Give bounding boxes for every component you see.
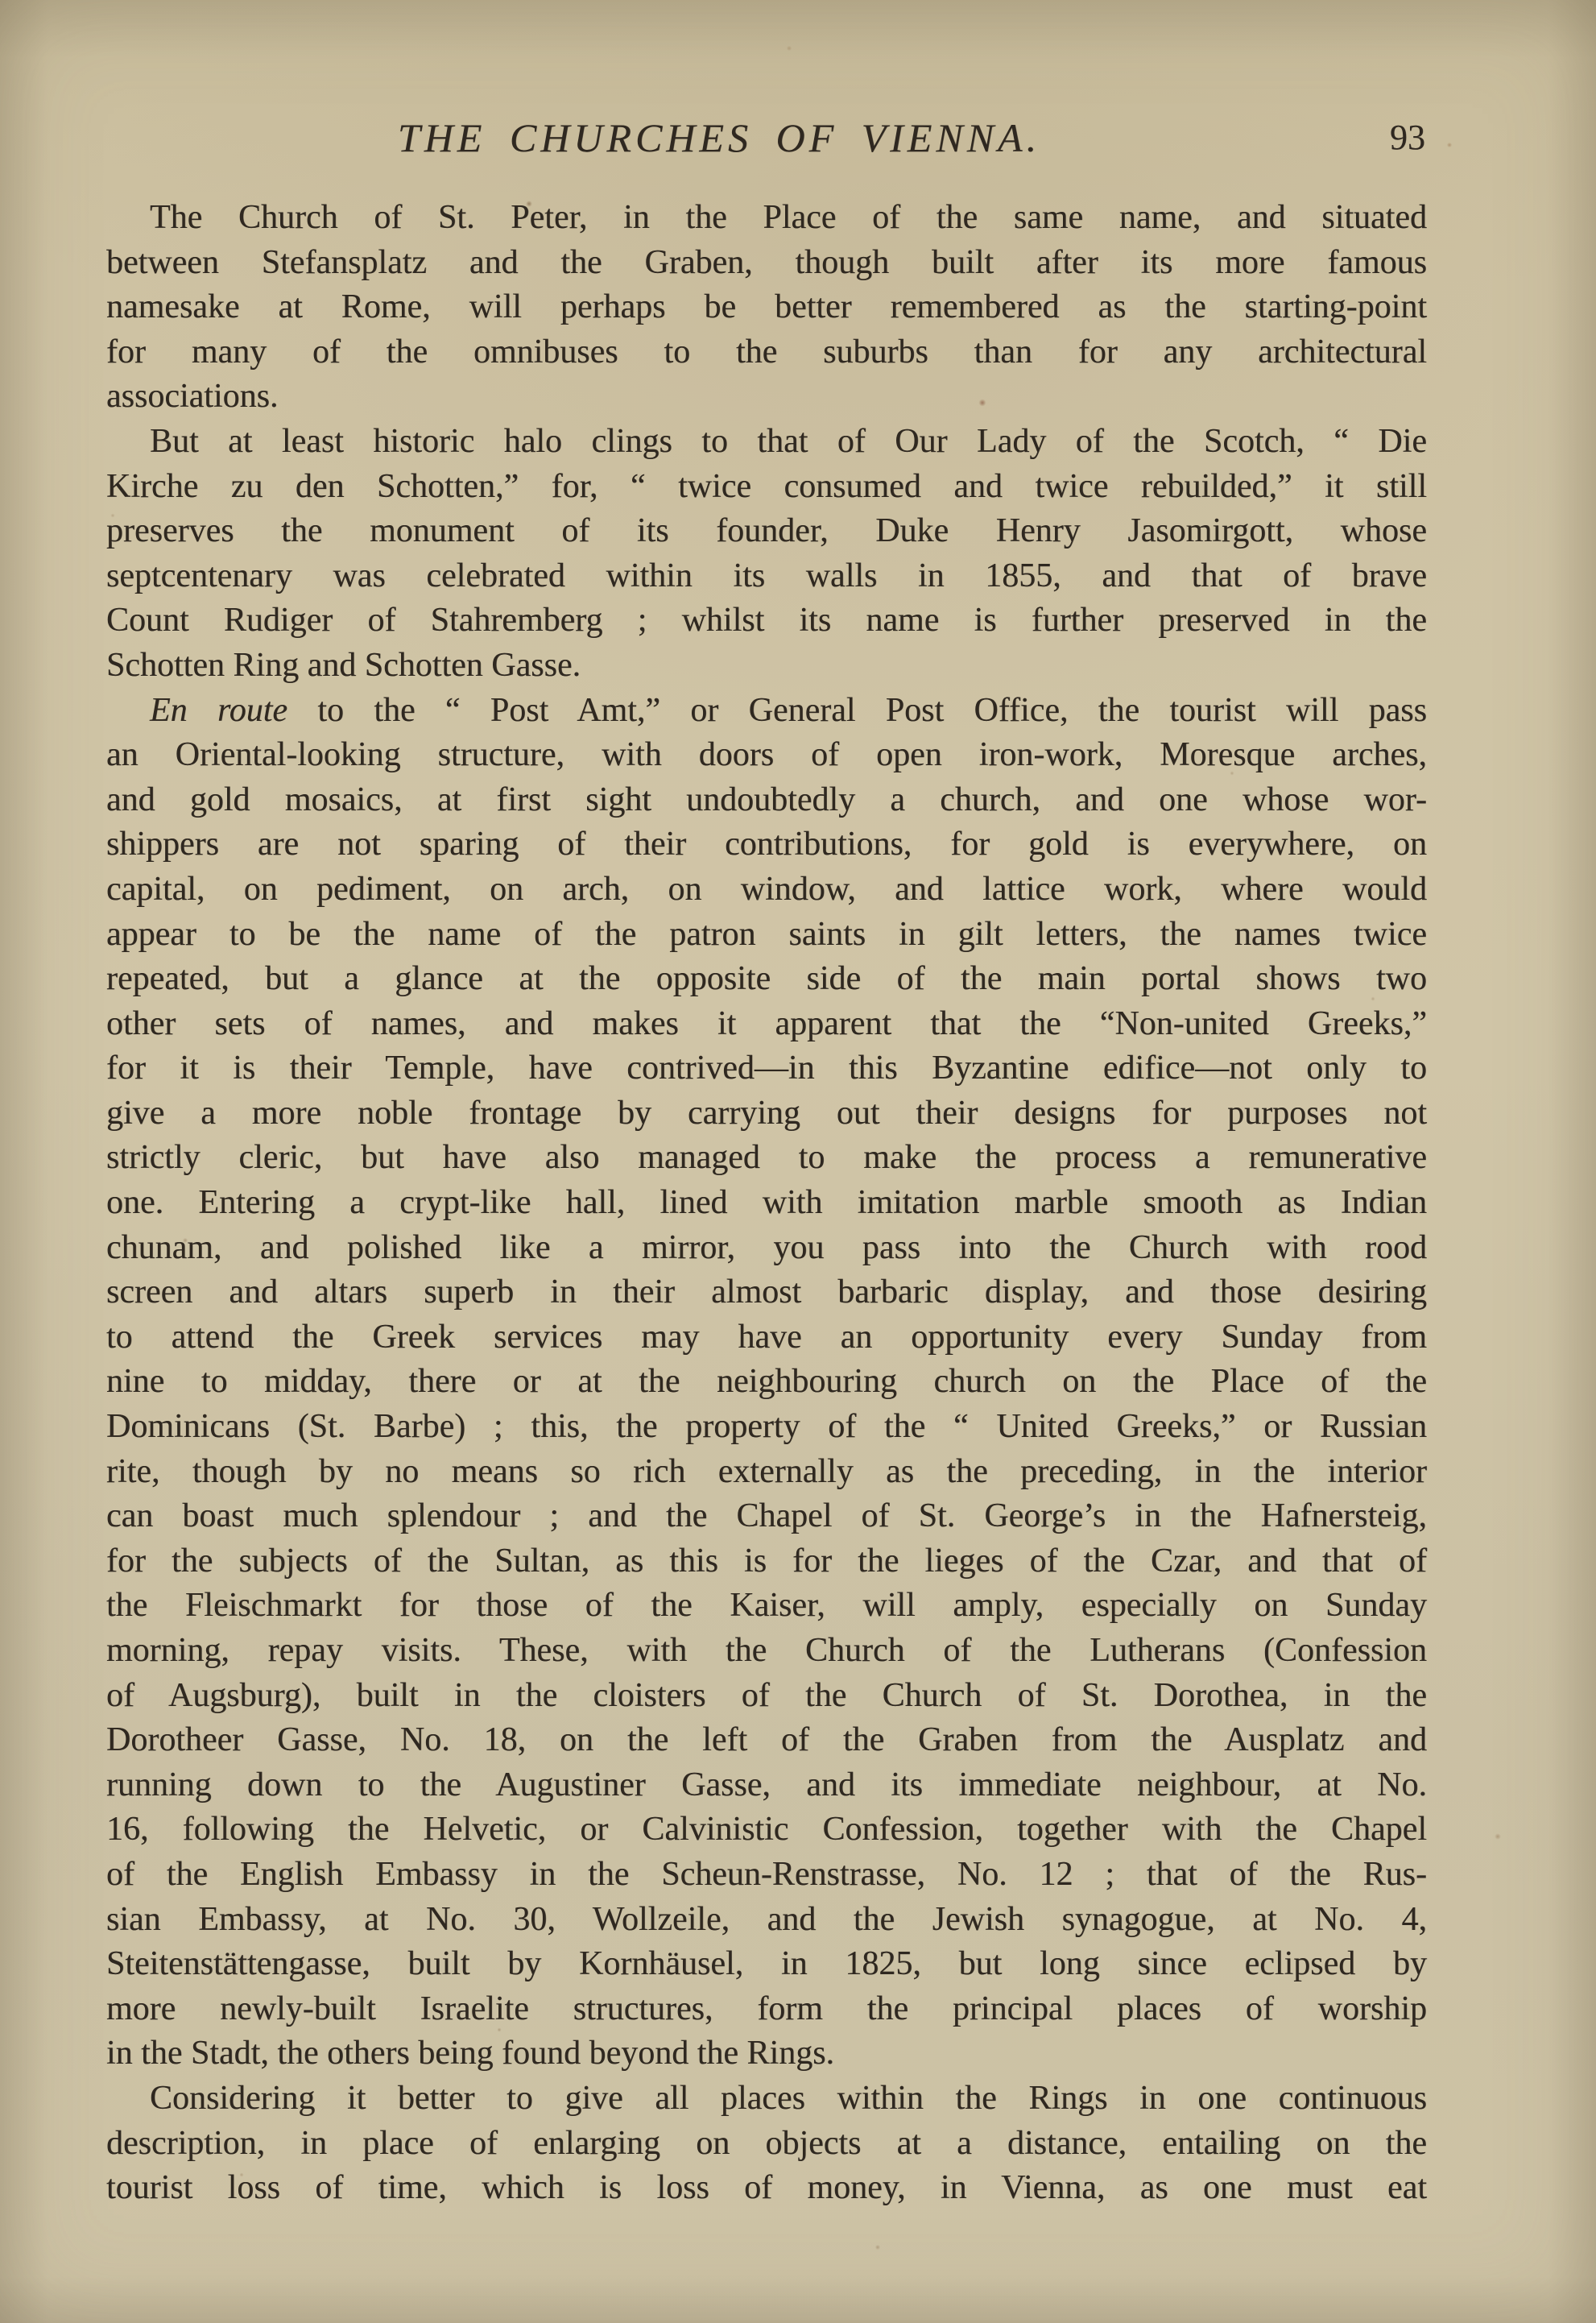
text-line: capital, on pediment, on arch, on window… <box>106 868 1427 913</box>
page-body: The Church of St. Peter, in the Place of… <box>106 196 1427 2211</box>
text-line: nine to midday, there or at the neighbou… <box>106 1360 1427 1405</box>
text-segment: Considering it better to give all places… <box>150 2080 1427 2117</box>
text-segment: the Fleischmarkt for those of the Kaiser… <box>106 1587 1427 1624</box>
text-segment: other sets of names, and makes it appare… <box>106 1005 1427 1042</box>
text-segment: Dominicans (St. Barbe) ; this, the prope… <box>106 1408 1427 1445</box>
text-line: the Fleischmarkt for those of the Kaiser… <box>106 1584 1427 1629</box>
text-segment: of the English Embassy in the Scheun-Ren… <box>106 1856 1427 1893</box>
page-title: THE CHURCHES OF VIENNA. <box>106 113 1332 163</box>
running-header: THE CHURCHES OF VIENNA. 93 <box>106 113 1427 163</box>
text-segment: Steitenstättengasse, built by Kornhäusel… <box>106 1945 1427 1982</box>
text-segment: rite, though by no means so rich externa… <box>106 1453 1427 1490</box>
text-segment: one. Entering a crypt-like hall, lined w… <box>106 1184 1427 1221</box>
text-line: Considering it better to give all places… <box>106 2077 1427 2122</box>
text-segment: tourist loss of time, which is loss of m… <box>106 2169 1427 2206</box>
text-segment: Dorotheer Gasse, No. 18, on the left of … <box>106 1721 1427 1758</box>
text-line: in the Stadt, the others being found bey… <box>106 2031 1427 2077</box>
text-line: running down to the Augustiner Gasse, an… <box>106 1763 1427 1808</box>
text-segment: Count Rudiger of Stahremberg ; whilst it… <box>106 602 1427 639</box>
text-segment: 16, following the Helvetic, or Calvinist… <box>106 1811 1427 1848</box>
text-segment: The Church of St. Peter, in the Place of… <box>150 199 1427 236</box>
text-line: of the English Embassy in the Scheun-Ren… <box>106 1853 1427 1898</box>
text-line: Dorotheer Gasse, No. 18, on the left of … <box>106 1718 1427 1763</box>
text-line: Schotten Ring and Schotten Gasse. <box>106 644 1427 689</box>
text-segment: for many of the omnibuses to the suburbs… <box>106 333 1427 371</box>
text-line: preserves the monument of its founder, D… <box>106 509 1427 554</box>
text-segment: to attend the Greek services may have an… <box>106 1319 1427 1356</box>
page-number: 93 <box>1390 113 1425 163</box>
text-line: The Church of St. Peter, in the Place of… <box>106 196 1427 241</box>
text-segment: capital, on pediment, on arch, on window… <box>106 871 1427 908</box>
text-segment: an Oriental-looking structure, with door… <box>106 736 1427 773</box>
text-line: description, in place of enlarging on ob… <box>106 2122 1427 2167</box>
text-line: more newly-built Israelite structures, f… <box>106 1987 1427 2032</box>
text-segment: description, in place of enlarging on ob… <box>106 2125 1427 2162</box>
text-segment: But at least historic halo clings to tha… <box>150 423 1427 460</box>
text-line: for it is their Temple, have contrived—i… <box>106 1046 1427 1091</box>
text-line: rite, though by no means so rich externa… <box>106 1450 1427 1495</box>
text-segment: morning, repay visits. These, with the C… <box>106 1632 1427 1669</box>
text-segment: give a more noble frontage by carrying o… <box>106 1095 1427 1132</box>
text-line: But at least historic halo clings to tha… <box>106 420 1427 465</box>
text-segment: to the “ Post Amt,” or General Post Offi… <box>287 692 1427 729</box>
text-segment: strictly cleric, but have also managed t… <box>106 1139 1427 1176</box>
text-segment: namesake at Rome, will perhaps be better… <box>106 288 1427 325</box>
text-line: associations. <box>106 375 1427 420</box>
text-line: repeated, but a glance at the opposite s… <box>106 957 1427 1002</box>
text-segment: repeated, but a glance at the opposite s… <box>106 960 1427 997</box>
text-segment: can boast much splendour ; and the Chape… <box>106 1497 1427 1534</box>
text-segment: screen and altars superb in their almost… <box>106 1273 1427 1311</box>
text-line: for many of the omnibuses to the suburbs… <box>106 330 1427 375</box>
text-line: Steitenstättengasse, built by Kornhäusel… <box>106 1942 1427 1987</box>
text-segment: sian Embassy, at No. 30, Wollzeile, and … <box>106 1901 1427 1938</box>
text-line: and gold mosaics, at first sight undoubt… <box>106 778 1427 823</box>
italic-text-segment: En route <box>150 692 287 729</box>
text-line: to attend the Greek services may have an… <box>106 1315 1427 1360</box>
text-line: morning, repay visits. These, with the C… <box>106 1629 1427 1674</box>
text-line: an Oriental-looking structure, with door… <box>106 733 1427 778</box>
text-line: sian Embassy, at No. 30, Wollzeile, and … <box>106 1898 1427 1943</box>
text-segment: chunam, and polished like a mirror, you … <box>106 1229 1427 1266</box>
text-line: can boast much splendour ; and the Chape… <box>106 1494 1427 1539</box>
text-line: strictly cleric, but have also managed t… <box>106 1136 1427 1181</box>
text-line: 16, following the Helvetic, or Calvinist… <box>106 1807 1427 1853</box>
text-line: chunam, and polished like a mirror, you … <box>106 1226 1427 1271</box>
text-line: septcentenary was celebrated within its … <box>106 554 1427 599</box>
text-segment: Kirche zu den Schotten,” for, “ twice co… <box>106 468 1427 505</box>
text-segment: running down to the Augustiner Gasse, an… <box>106 1766 1427 1803</box>
text-line: Dominicans (St. Barbe) ; this, the prope… <box>106 1405 1427 1450</box>
text-segment: Schotten Ring and Schotten Gasse. <box>106 647 581 684</box>
text-segment: associations. <box>106 378 278 415</box>
text-segment: shippers are not sparing of their contri… <box>106 826 1427 863</box>
text-segment: in the Stadt, the others being found bey… <box>106 2035 834 2072</box>
text-segment: septcentenary was celebrated within its … <box>106 557 1427 594</box>
text-line: other sets of names, and makes it appare… <box>106 1002 1427 1047</box>
text-block: THE CHURCHES OF VIENNA. 93 The Church of… <box>106 113 1427 2211</box>
text-segment: more newly-built Israelite structures, f… <box>106 1990 1427 2027</box>
book-page-scan: THE CHURCHES OF VIENNA. 93 The Church of… <box>0 0 1596 2323</box>
text-segment: between Stefansplatz and the Graben, tho… <box>106 244 1427 281</box>
text-segment: for the subjects of the Sultan, as this … <box>106 1542 1427 1580</box>
text-line: one. Entering a crypt-like hall, lined w… <box>106 1181 1427 1226</box>
text-line: screen and altars superb in their almost… <box>106 1270 1427 1315</box>
text-segment: for it is their Temple, have contrived—i… <box>106 1050 1427 1087</box>
text-line: En route to the “ Post Amt,” or General … <box>106 689 1427 734</box>
text-segment: and gold mosaics, at first sight undoubt… <box>106 781 1427 818</box>
text-line: shippers are not sparing of their contri… <box>106 822 1427 868</box>
text-line: give a more noble frontage by carrying o… <box>106 1091 1427 1137</box>
text-line: tourist loss of time, which is loss of m… <box>106 2166 1427 2211</box>
text-line: for the subjects of the Sultan, as this … <box>106 1539 1427 1584</box>
text-line: Kirche zu den Schotten,” for, “ twice co… <box>106 465 1427 510</box>
text-line: Count Rudiger of Stahremberg ; whilst it… <box>106 598 1427 644</box>
text-line: namesake at Rome, will perhaps be better… <box>106 285 1427 330</box>
text-segment: nine to midday, there or at the neighbou… <box>106 1363 1427 1400</box>
text-segment: preserves the monument of its founder, D… <box>106 512 1427 549</box>
text-segment: appear to be the name of the patron sain… <box>106 916 1427 953</box>
text-segment: of Augsburg), built in the cloisters of … <box>106 1677 1427 1714</box>
text-line: between Stefansplatz and the Graben, tho… <box>106 241 1427 286</box>
text-line: of Augsburg), built in the cloisters of … <box>106 1674 1427 1719</box>
text-line: appear to be the name of the patron sain… <box>106 913 1427 958</box>
